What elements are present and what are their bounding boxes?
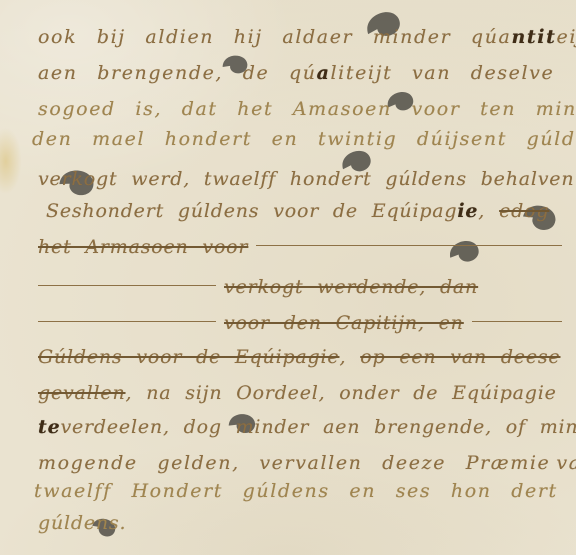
struck-text: het Armasoen voor [38,232,248,262]
handwritten-text: sogoed is, dat het Amasoen voor ten mins… [38,94,576,124]
manuscript-line: verkogt werd, twaelff hondert gúldens be… [38,164,562,194]
struck-text: voor den Capitijn, en [224,308,464,338]
handwritten-text: , [478,196,485,226]
handwritten-text: verkogt werd, twaelff hondert gúldens be… [38,164,576,194]
handwritten-text: , [339,342,346,372]
handwritten-text-retouched: te [38,412,60,442]
struck-text: edog [499,196,549,226]
manuscript-line: sogoed is, dat het Amasoen voor ten mins… [38,94,562,124]
handwritten-text: mogende gelden, vervallen deeze Præmie [38,448,550,478]
struck-text: verkogt werdende, dan [224,272,478,302]
manuscript-line-deleted: het Armasoen voor [38,232,562,262]
manuscript-line: gevallen, na sijn Oordeel, onder de Eqúi… [38,378,562,408]
handwritten-text: twaelff Hondert gúldens en ses hon dert [34,476,558,506]
manuscript-line: twaelff Hondert gúldens en ses hon dert [34,476,562,506]
handwritten-text: eijt [556,22,576,52]
handwritten-text: aen brengende, de qú [38,58,317,88]
handwritten-text: ook bij aldien hij aldaer minder qúa [38,22,511,52]
manuscript-line: Gúldens voor de Eqúipagie, op een van de… [38,342,562,372]
manuscript-line: mogende gelden, vervallen deeze Præmie v… [38,448,562,478]
handwritten-text: liteijt van deselve [330,58,554,88]
handwritten-text-retouched: ntit [511,22,556,52]
ink-rule [38,285,216,286]
manuscript-line: den mael hondert en twintig dúijsent gúl… [32,124,562,154]
manuscript-line: ook bij aldien hij aldaer minder qúantit… [38,22,562,52]
handwritten-text: Seshondert gúldens voor de Eqúipag [46,196,457,226]
handwritten-text: , na sijn Oordeel, onder de Eqúipagie [126,378,557,408]
handwritten-text: den mael hondert en twintig dúijsent gúl… [32,124,576,154]
manuscript-line: teverdeelen, dog minder aen brengende, o… [38,412,562,442]
struck-text: gevallen [38,378,126,408]
manuscript-page: ook bij aldien hij aldaer minder qúantit… [0,0,576,555]
manuscript-line: aen brengende, de qúaliteijt van deselve [38,58,562,88]
ink-rule [256,245,562,246]
handwritten-text-retouched: ie [457,196,478,226]
struck-text: op een van deese [360,342,560,372]
ink-rule [472,321,562,322]
handwritten-text: van [556,448,576,478]
handwritten-text: verdeelen, dog minder aen brengende, of … [60,412,576,442]
struck-text: Gúldens voor de Eqúipagie [38,342,339,372]
manuscript-line-deleted: voor den Capitijn, en [38,308,562,338]
manuscript-line-deleted: verkogt werdende, dan [38,272,562,302]
handwritten-text: gúldens. [38,508,126,538]
manuscript-line: Seshondert gúldens voor de Eqúipagie, ed… [46,196,562,226]
manuscript-line: gúldens. [38,508,562,538]
handwritten-text-retouched: a [317,58,331,88]
ink-rule [38,321,216,322]
